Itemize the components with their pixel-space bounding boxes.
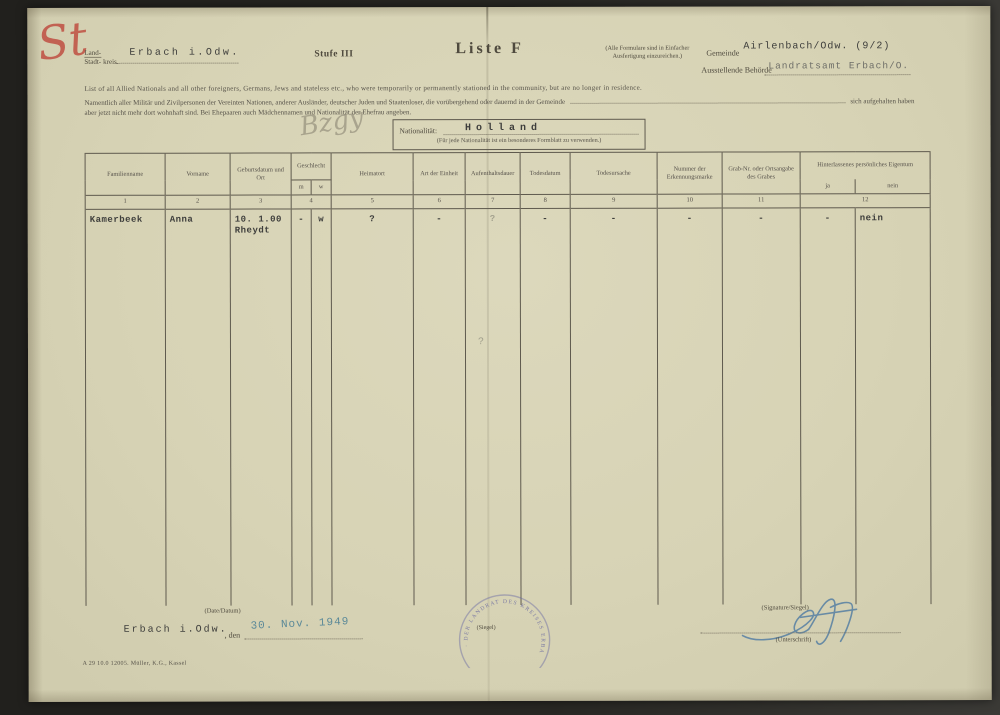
- gemeinde-label: Gemeinde: [706, 49, 739, 58]
- colnum-11: 11: [722, 194, 800, 208]
- header-vorname: Vorname: [165, 153, 230, 195]
- header-familienname: Familienname: [85, 153, 165, 195]
- signature-dotted-line: [701, 618, 901, 633]
- siegel-label: (Siegel): [477, 625, 496, 631]
- colnum-7: 7: [465, 194, 520, 208]
- behoerde-value: Landratsamt Erbach/O.: [768, 60, 909, 71]
- colnum-5: 5: [331, 195, 413, 209]
- cell-eigentum-ja: -: [800, 208, 856, 605]
- printer-mark: A 29 10.0 12005. Müller, K.G., Kassel: [83, 661, 187, 667]
- form-note-line2: Ausfertigung einzureichen.): [613, 53, 682, 60]
- subheader-m: m: [291, 180, 311, 195]
- cell-geburtsdatum-date: 10. 1.00: [235, 214, 289, 225]
- nationality-dotted-line: Holland: [443, 123, 639, 135]
- cell-eigentum-nein: nein: [855, 208, 931, 605]
- cell-todesdatum: -: [520, 208, 571, 605]
- cell-erkennungsmarke: -: [657, 208, 723, 605]
- land-stadt-labels: Land- Stadt-: [84, 49, 101, 66]
- nationality-label: Nationalität:: [400, 126, 438, 135]
- nationality-value: Holland: [465, 123, 542, 134]
- stray-faint-mark: ?: [478, 337, 484, 348]
- kreis-value: Erbach i.Odw.: [129, 48, 240, 59]
- intro-english: List of all Allied Nationals and all oth…: [84, 83, 756, 92]
- kreis-suffix: kreis: [103, 58, 117, 66]
- header-grab: Grab-Nr. oder Ortsangabe des Grabes: [722, 152, 800, 194]
- cell-geschlecht-w: w: [311, 209, 332, 606]
- cell-todesursache: -: [570, 208, 658, 605]
- header-geschlecht: Geschlecht: [291, 153, 331, 180]
- date-label: (Date/Datum): [205, 608, 241, 615]
- cell-geburtsort: Rheydt: [235, 226, 289, 237]
- records-table: Familienname Vorname Geburtsdatum und Or…: [85, 151, 932, 606]
- intro-german-line2: aber jetzt nicht mehr dort wohnhaft sind…: [84, 107, 914, 117]
- header-eigentum: Hinterlassenes persönliches Eigentum: [800, 152, 930, 179]
- header-todesdatum: Todesdatum: [520, 152, 570, 194]
- form-title: Liste F: [455, 40, 524, 58]
- stufe-label: Stufe III: [314, 49, 353, 59]
- cell-vorname: Anna: [165, 209, 231, 606]
- nationality-note: (Für jede Nationalität ist ein besondere…: [400, 137, 639, 145]
- colnum-2: 2: [165, 195, 230, 209]
- colnum-1: 1: [85, 195, 165, 209]
- colnum-12: 12: [800, 194, 930, 208]
- unterschrift-label: (Unterschrift): [776, 636, 812, 643]
- intro-german-text: Namentlich aller Militär und Zivilperson…: [84, 98, 565, 107]
- header-erkennungsmarke: Nummer der Erkennungsmarke: [657, 152, 722, 194]
- cell-art-der-einheit: -: [413, 209, 466, 606]
- gemeinde-fill-dotted-line: [570, 97, 845, 104]
- subheader-ja: ja: [800, 179, 855, 194]
- intro-german-tail: sich aufgehalten haben: [850, 97, 914, 105]
- header-todesursache: Todesursache: [570, 152, 657, 194]
- cell-familienname: Kamerbeek: [85, 209, 166, 606]
- behoerde-label: Ausstellende Behörde: [701, 65, 771, 74]
- subheader-w: w: [311, 180, 331, 195]
- stadt-label: Stadt-: [84, 58, 101, 66]
- cell-heimatort: ?: [331, 209, 414, 606]
- colnum-9: 9: [570, 194, 657, 208]
- cell-geburtsdatum: 10. 1.00 Rheydt: [230, 209, 292, 606]
- form-note: (Alle Formulare sind in Einfacher Ausfer…: [577, 45, 717, 62]
- place-value: Erbach i.Odw.: [124, 625, 228, 636]
- land-label: Land-: [84, 49, 101, 58]
- header-art-der-einheit: Art der Einheit: [413, 153, 465, 195]
- subheader-nein: nein: [855, 179, 930, 194]
- nationality-box: Nationalität: Holland (Für jede National…: [393, 119, 646, 151]
- header-geburtsdatum: Geburtsdatum und Ort: [230, 153, 291, 195]
- scan-background: St Land- Stadt- kreis Erbach i.Odw. Stuf…: [0, 0, 1000, 715]
- colnum-6: 6: [413, 195, 465, 209]
- cell-aufenthaltsdauer: ?: [465, 208, 521, 605]
- header-heimatort: Heimatort: [331, 153, 413, 195]
- official-round-stamp: · DER LANDRAT DES KREISES ERBACH ·: [448, 590, 560, 668]
- colnum-3: 3: [230, 195, 291, 209]
- colnum-8: 8: [520, 194, 570, 208]
- pencil-scribble: Bzgy: [298, 104, 365, 140]
- handwritten-st-mark: St: [34, 15, 90, 68]
- header-aufenthaltsdauer: Aufenthaltsdauer: [465, 152, 520, 194]
- form-note-line1: (Alle Formulare sind in Einfacher: [605, 45, 689, 52]
- colnum-4: 4: [291, 195, 331, 209]
- den-label: , den: [225, 631, 241, 640]
- gemeinde-value: Airlenbach/Odw. (9/2): [743, 41, 890, 52]
- colnum-10: 10: [657, 194, 722, 208]
- document-paper: St Land- Stadt- kreis Erbach i.Odw. Stuf…: [27, 6, 991, 702]
- cell-grab: -: [722, 208, 801, 605]
- cell-geschlecht-m: -: [291, 209, 312, 606]
- intro-german-line1: Namentlich aller Militär und Zivilperson…: [84, 97, 914, 107]
